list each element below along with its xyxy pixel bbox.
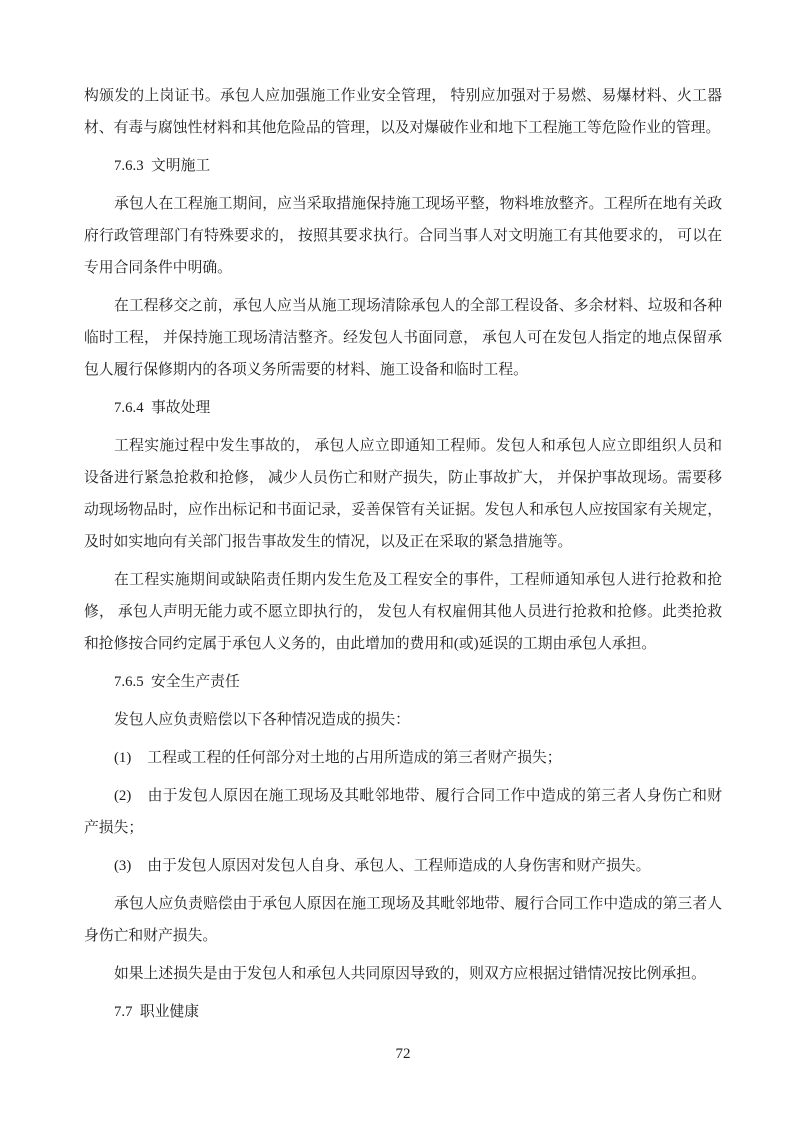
- body-paragraph: 工程实施过程中发生事故的， 承包人应立即通知工程师。发包人和承包人应立即组织人员…: [84, 430, 722, 558]
- section-heading: 7.6.4 事故处理: [84, 392, 722, 424]
- document-content: 构颁发的上岗证书。承包人应加强施工作业安全管理， 特别应加强对于易燃、易爆材料、…: [84, 80, 722, 1034]
- body-paragraph: 承包人在工程施工期间，应当采取措施保持施工现场平整，物料堆放整齐。工程所在地有关…: [84, 188, 722, 284]
- body-paragraph: 构颁发的上岗证书。承包人应加强施工作业安全管理， 特别应加强对于易燃、易爆材料、…: [84, 80, 722, 144]
- body-paragraph: 如果上述损失是由于发包人和承包人共同原因导致的，则双方应根据过错情况按比例承担。: [84, 958, 722, 990]
- list-item-marker: (2): [114, 788, 131, 804]
- body-paragraph: 在工程实施期间或缺陷责任期内发生危及工程安全的事件，工程师通知承包人进行抢救和抢…: [84, 564, 722, 660]
- body-paragraph: 在工程移交之前，承包人应当从施工现场清除承包人的全部工程设备、多余材料、垃圾和各…: [84, 290, 722, 386]
- list-item: (1)工程或工程的任何部分对土地的占用所造成的第三者财产损失；: [84, 742, 722, 774]
- list-item-text: 由于发包人原因在施工现场及其毗邻地带、履行合同工作中造成的第三者人身伤亡和财产损…: [84, 788, 722, 836]
- list-item: (3)由于发包人原因对发包人自身、承包人、工程师造成的人身伤害和财产损失。: [84, 850, 722, 882]
- body-paragraph: 承包人应负责赔偿由于承包人原因在施工现场及其毗邻地带、履行合同工作中造成的第三者…: [84, 888, 722, 952]
- section-heading: 7.6.3 文明施工: [84, 150, 722, 182]
- list-item-marker: (1): [114, 750, 131, 766]
- section-heading: 7.7 职业健康: [84, 996, 722, 1028]
- list-item-text: 由于发包人原因对发包人自身、承包人、工程师造成的人身伤害和财产损失。: [147, 858, 650, 874]
- list-item-text: 工程或工程的任何部分对土地的占用所造成的第三者财产损失；: [147, 750, 561, 766]
- page-number: 72: [396, 1046, 411, 1062]
- body-paragraph: 发包人应负责赔偿以下各种情况造成的损失：: [84, 704, 722, 736]
- list-item-marker: (3): [114, 858, 131, 874]
- list-item: (2)由于发包人原因在施工现场及其毗邻地带、履行合同工作中造成的第三者人身伤亡和…: [84, 780, 722, 844]
- section-heading: 7.6.5 安全生产责任: [84, 666, 722, 698]
- page-footer: 72: [84, 1038, 722, 1070]
